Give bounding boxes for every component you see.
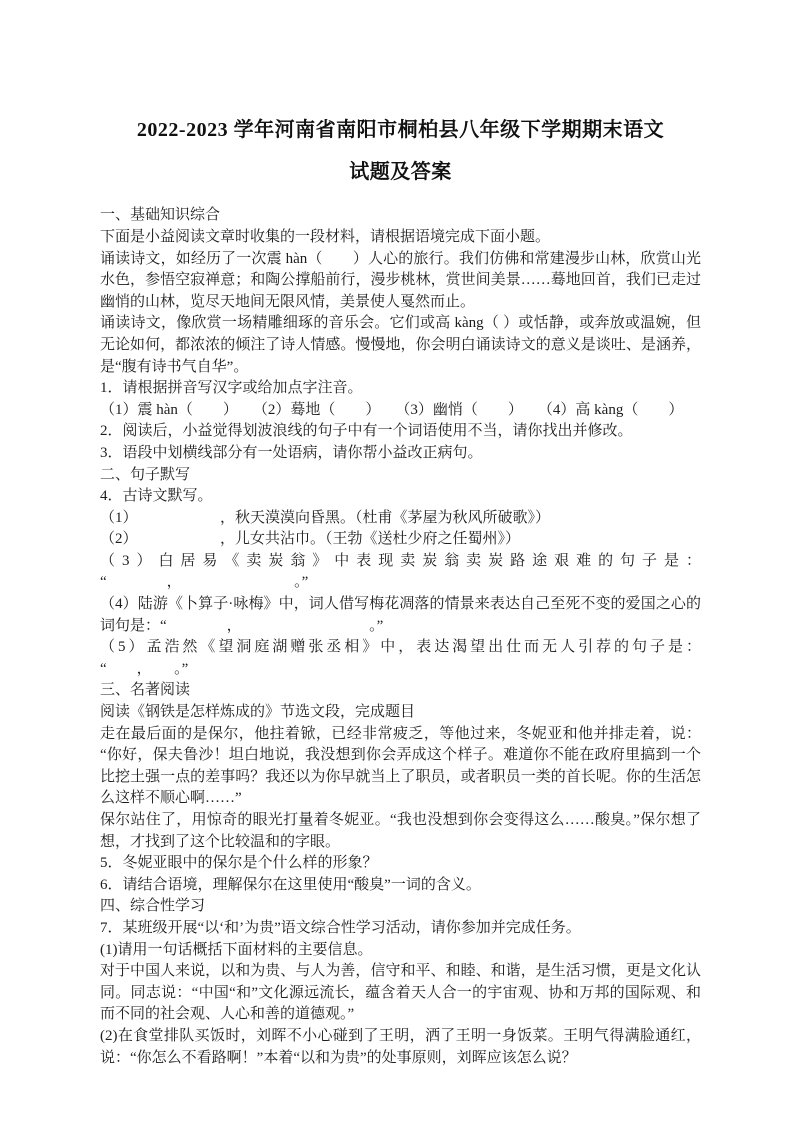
document-page: 2022-2023 学年河南省南阳市桐柏县八年级下学期期末语文 试题及答案 一、… (0, 0, 793, 1122)
question-4: 4．古诗文默写。 (100, 486, 701, 508)
material-paragraph: 对于中国人来说，以和为贵、与人为善，信守和平、和睦、和谐，是生活习惯，更是文化认… (100, 961, 701, 1026)
reading-instruction: 阅读《钢铁是怎样炼成的》节选文段，完成题目 (100, 702, 701, 724)
question-5: 5．冬妮亚眼中的保尔是个什么样的形象？ (100, 853, 701, 875)
question-4-item-1: （1） ，秋天漠漠向昏黑。（杜甫《茅屋为秋风所破歌》） (100, 508, 701, 530)
document-title-line-2: 试题及答案 (100, 151, 701, 193)
intro-instruction: 下面是小益阅读文章时收集的一段材料，请根据语境完成下面小题。 (100, 227, 701, 249)
passage-paragraph-2: 诵读诗文，像欣赏一场精雕细琢的音乐会。它们或高 kàng（ ）或恬静，或奔放或温… (100, 313, 701, 378)
question-2: 2．阅读后，小益觉得划波浪线的句子中有一个词语使用不当，请你找出并修改。 (100, 421, 701, 443)
question-6: 6．请结合语境，理解保尔在这里使用“酸臭”一词的含义。 (100, 875, 701, 897)
section-heading-reading: 三、名著阅读 (100, 680, 701, 702)
question-3: 3．语段中划横线部分有一处语病，请你帮小益改正病句。 (100, 443, 701, 465)
excerpt-paragraph-2: 保尔站住了，用惊奇的眼光打量着冬妮亚。“我也没想到你会变得这么……酸臭。”保尔想… (100, 810, 701, 853)
section-heading-dictation: 二、句子默写 (100, 465, 701, 487)
question-4-item-3-blank: “ ， 。” (100, 572, 701, 594)
question-4-item-2: （2） ，儿女共沾巾。（王勃《送杜少府之任蜀州》） (100, 529, 701, 551)
question-4-item-3: （3）白居易《卖炭翁》中表现卖炭翁卖炭路途艰难的句子是： (100, 551, 701, 573)
excerpt-paragraph-1: 走在最后面的是保尔，他拄着锨，已经非常疲乏，等他过来，冬妮亚和他并排走着，说：“… (100, 724, 701, 810)
passage-paragraph-1: 诵读诗文，如经历了一次震 hàn（ ）人心的旅行。我们仿佛和常建漫步山林，欣赏山… (100, 249, 701, 314)
question-4-item-4: （4）陆游《卜算子·咏梅》中，词人借写梅花凋落的情景来表达自己至死不变的爱国之心… (100, 594, 701, 637)
document-title: 2022-2023 学年河南省南阳市桐柏县八年级下学期期末语文 试题及答案 (100, 109, 701, 193)
question-7-task-2: (2)在食堂排队买饭时，刘晖不小心碰到了王明，洒了王明一身饭菜。王明气得满脸通红… (100, 1026, 701, 1069)
question-7-task-1: (1)请用一句话概括下面材料的主要信息。 (100, 940, 701, 962)
section-heading-basics: 一、基础知识综合 (100, 205, 701, 227)
question-1: 1．请根据拼音写汉字或给加点字注音。 (100, 378, 701, 400)
question-1-items: （1）震 hàn（ ） （2）蓦地（ ） （3）幽悄（ ） （4）高 kàng（… (100, 400, 701, 422)
document-title-line-1: 2022-2023 学年河南省南阳市桐柏县八年级下学期期末语文 (100, 109, 701, 151)
question-7: 7．某班级开展“以‘和’为贵”语文综合性学习活动，请你参加并完成任务。 (100, 918, 701, 940)
question-4-item-5: （5）孟浩然《望洞庭湖赠张丞相》中，表达渴望出仕而无人引荐的句子是： (100, 637, 701, 659)
document-body: 一、基础知识综合 下面是小益阅读文章时收集的一段材料，请根据语境完成下面小题。 … (100, 205, 701, 1069)
section-heading-comprehensive: 四、综合性学习 (100, 896, 701, 918)
question-4-item-5-blank: “ ， 。” (100, 659, 701, 681)
